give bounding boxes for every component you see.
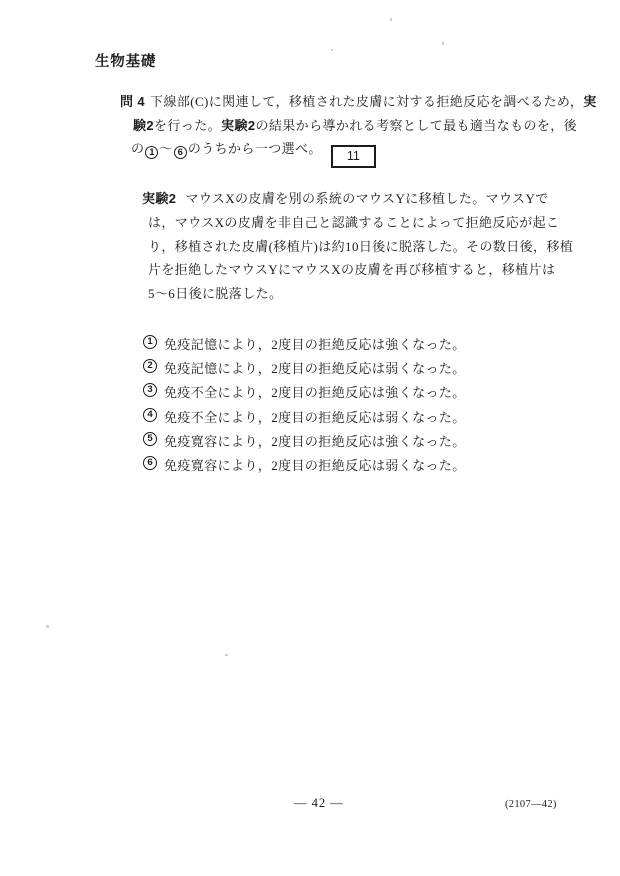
exam-page: 生物基礎 問 4下線部(C)に関連して，移植された皮膚に対する拒絶反応を調べるた…: [0, 0, 620, 876]
option-3-text: 免疫不全により，2度目の拒絶反応は強くなった。: [164, 382, 466, 401]
question-text-2-bold2: 実験2: [221, 118, 255, 133]
option-3: 3免疫不全により，2度目の拒絶反応は強くなった。: [143, 382, 466, 401]
option-2-text: 免疫記憶により，2度目の拒絶反応は弱くなった。: [164, 358, 466, 377]
scan-speck: [390, 18, 392, 21]
page-title: 生物基礎: [95, 50, 156, 71]
circled-number-icon: 4: [143, 408, 157, 422]
scan-speck: [442, 42, 444, 45]
question-line-1: 問 4下線部(C)に関連して，移植された皮膚に対する拒絶反応を調べるため，実: [120, 91, 597, 110]
option-4-text: 免疫不全により，2度目の拒絶反応は弱くなった。: [164, 407, 466, 426]
page-number: — 42 —: [294, 796, 344, 811]
scan-speck: [331, 49, 333, 51]
question-line-3: の1～6のうちから一つ選べ。11: [131, 138, 376, 168]
experiment-line-3: り，移植された皮膚(移植片)は約10日後に脱落した。その数日後，移植: [148, 236, 573, 255]
option-1-text: 免疫記憶により，2度目の拒絶反応は強くなった。: [164, 334, 466, 353]
circled-number-icon: 6: [143, 456, 157, 470]
question-text-3b: のうちから一つ選べ。: [188, 141, 322, 156]
option-5-text: 免疫寛容により，2度目の拒絶反応は強くなった。: [164, 431, 466, 450]
option-1: 1免疫記憶により，2度目の拒絶反応は強くなった。: [143, 334, 466, 353]
option-5: 5免疫寛容により，2度目の拒絶反応は強くなった。: [143, 431, 466, 450]
experiment-line-5: 5～6日後に脱落した。: [148, 283, 282, 302]
experiment-line-2: は，マウスXの皮膚を非自己と認識することによって拒絶反応が起こ: [148, 212, 559, 231]
circled-number-icon: 1: [143, 335, 157, 349]
question-text-2a: を行った。: [154, 118, 221, 133]
experiment-line-4: 片を拒絶したマウスYにマウスXの皮膚を再び移植すると，移植片は: [148, 259, 555, 278]
option-6-text: 免疫寛容により，2度目の拒絶反応は弱くなった。: [164, 455, 466, 474]
experiment-label: 実験2: [142, 191, 176, 206]
answer-number-box: 11: [331, 145, 376, 168]
question-line-2: 験2を行った。実験2の結果から導かれる考察として最も適当なものを，後: [133, 115, 577, 134]
circled-number-icon: 2: [143, 359, 157, 373]
scan-speck: [46, 625, 49, 628]
document-code: (2107—42): [505, 799, 557, 810]
option-4: 4免疫不全により，2度目の拒絶反応は弱くなった。: [143, 407, 466, 426]
scan-speck: [225, 654, 228, 656]
question-text-2b: の結果から導かれる考察として最も適当なものを，後: [255, 118, 577, 133]
experiment-text-1: マウスXの皮膚を別の系統のマウスYに移植した。マウスYで: [185, 191, 548, 206]
question-text-3a: の: [131, 141, 144, 156]
circled-number-icon: 3: [143, 383, 157, 397]
circled-number-6-icon: 6: [174, 146, 187, 159]
question-label: 問 4: [120, 94, 145, 109]
experiment-line-1: 実験2マウスXの皮膚を別の系統のマウスYに移植した。マウスYで: [142, 188, 549, 207]
question-text-1: 下線部(C)に関連して，移植された皮膚に対する拒絶反応を調べるため，: [150, 94, 583, 109]
tilde-range: ～: [159, 141, 172, 156]
option-6: 6免疫寛容により，2度目の拒絶反応は弱くなった。: [143, 455, 466, 474]
circled-number-1-icon: 1: [145, 146, 158, 159]
question-text-2-bold1: 験2: [133, 118, 154, 133]
option-2: 2免疫記憶により，2度目の拒絶反応は弱くなった。: [143, 358, 466, 377]
circled-number-icon: 5: [143, 432, 157, 446]
question-text-1-bold: 実: [583, 94, 596, 109]
